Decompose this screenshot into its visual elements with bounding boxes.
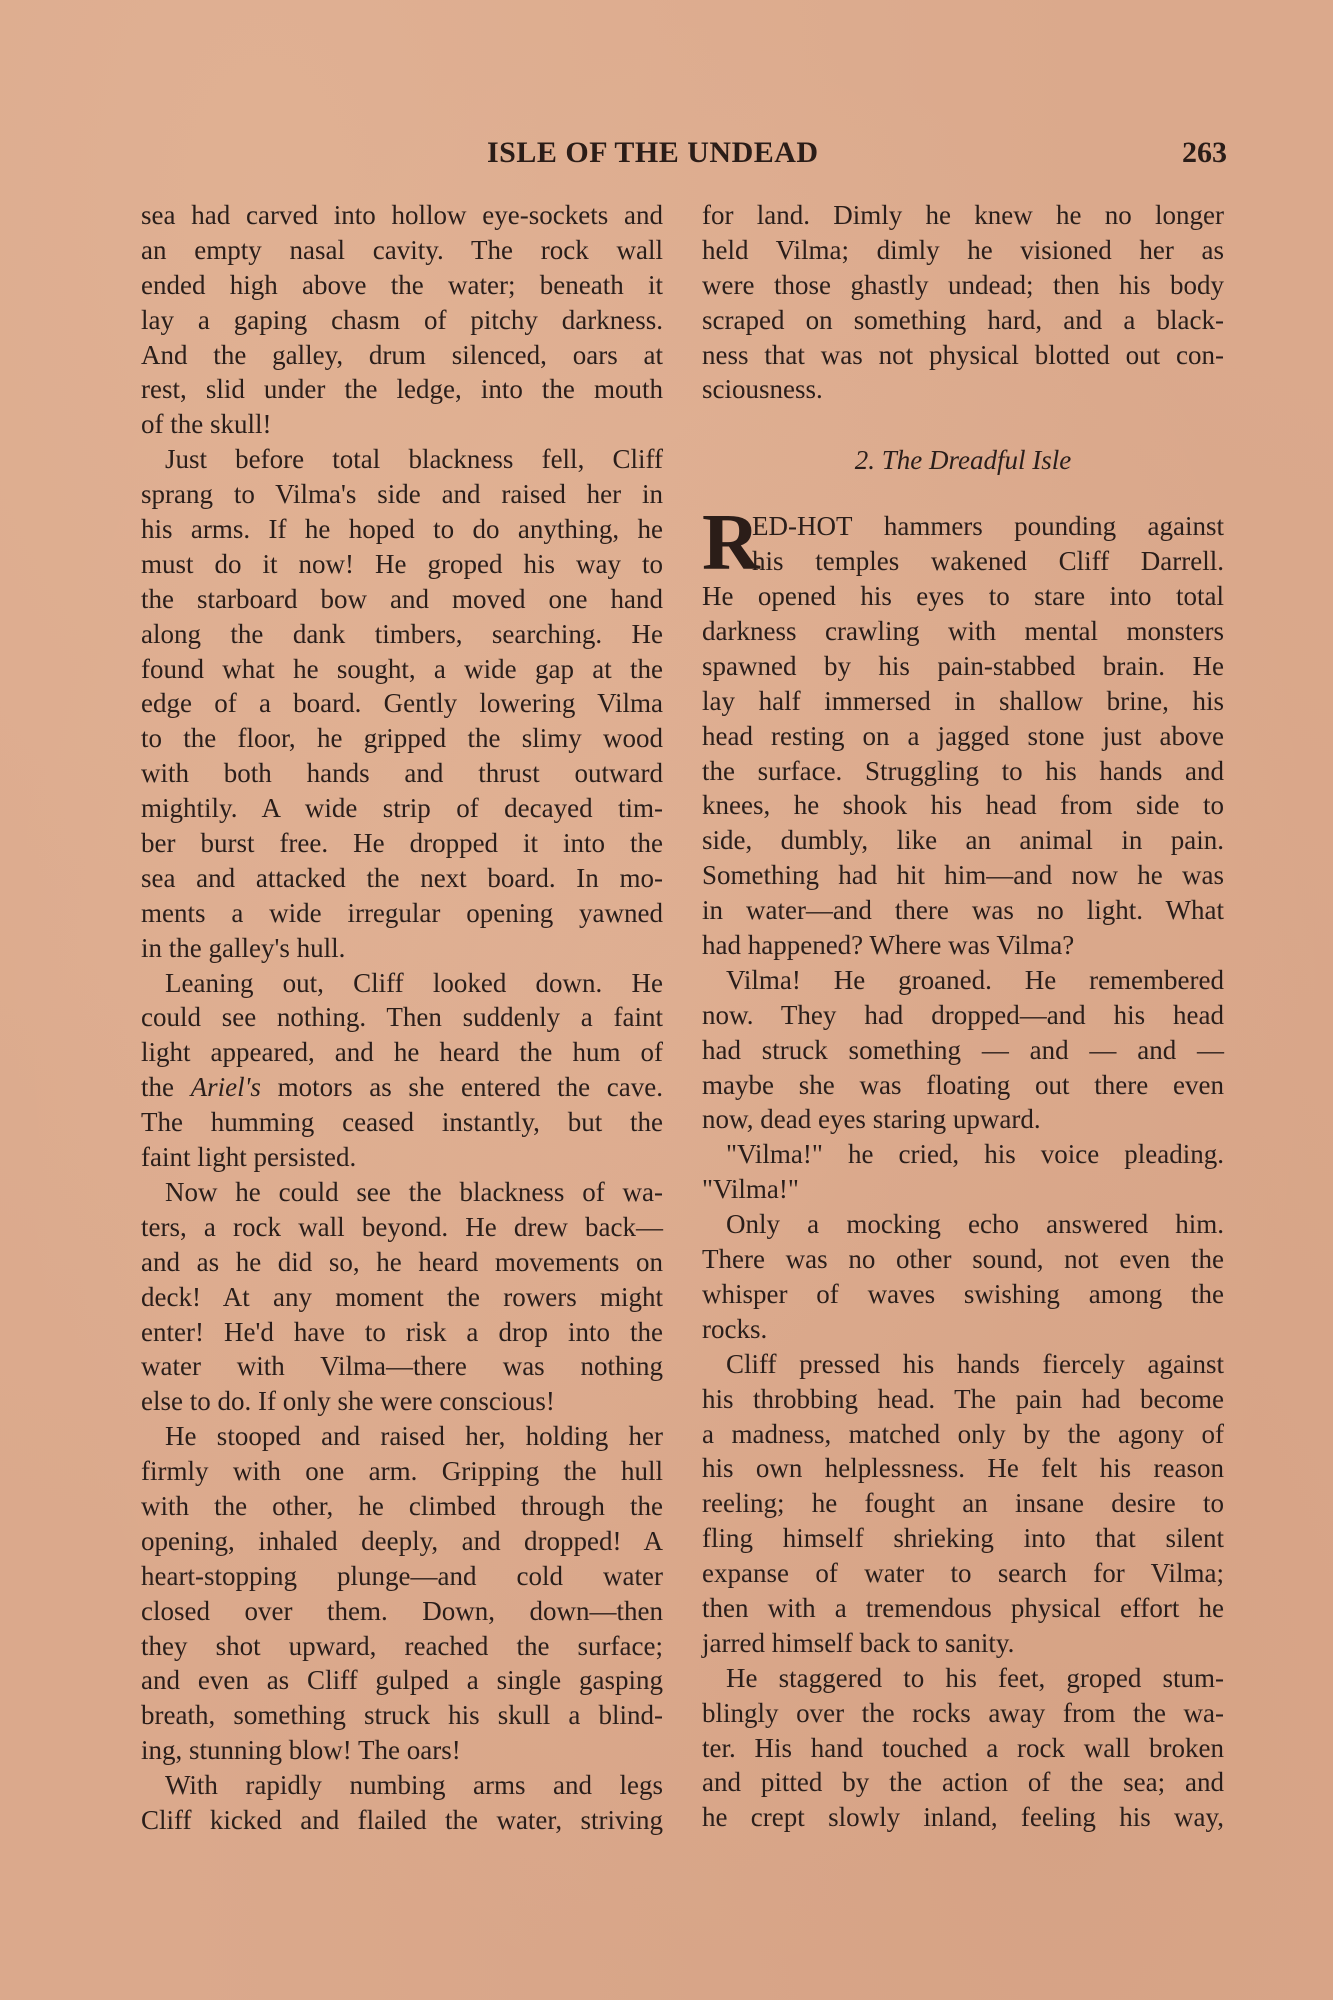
paragraph-start-line: He staggered to his feet, groped stum- — [702, 1661, 1224, 1696]
text-line: his own helplessness. He felt his reason — [702, 1451, 1224, 1486]
paragraph-start-line: Leaning out, Cliff looked down. He — [141, 966, 663, 1001]
text-line: knees, he shook his head from side to — [702, 788, 1224, 823]
text-line: the starboard bow and moved one hand — [141, 582, 663, 617]
text-line: faint light persisted. — [141, 1140, 663, 1175]
text-line: darkness crawling with mental monsters — [702, 614, 1224, 649]
running-head: ISLE OF THE UNDEAD 263 — [487, 136, 1227, 176]
text-line: and even as Cliff gulped a single gaspin… — [141, 1663, 663, 1698]
text-line: spawned by his pain-stabbed brain. He — [702, 649, 1224, 684]
text-line: must do it now! He groped his way to — [141, 547, 663, 582]
text-line: ter. His hand touched a rock wall broken — [702, 1731, 1224, 1766]
text-line-ariel: the Ariel's motors as she entered the ca… — [141, 1070, 663, 1105]
text-line: now, dead eyes staring upward. — [702, 1102, 1224, 1137]
text-line: now. They had dropped—and his head — [702, 998, 1224, 1033]
text-line: sea and attacked the next board. In mo- — [141, 861, 663, 896]
text-line: water with Vilma—there was nothing — [141, 1349, 663, 1384]
text-line: held Vilma; dimly he visioned her as — [702, 233, 1224, 268]
text-line: were those ghastly undead; then his body — [702, 268, 1224, 303]
text-line: of the skull! — [141, 407, 663, 442]
text-line: closed over them. Down, down—then — [141, 1594, 663, 1629]
paragraph-start-line: Vilma! He groaned. He remembered — [702, 963, 1224, 998]
text-line: a madness, matched only by the agony of — [702, 1417, 1224, 1452]
text-line: sprang to Vilma's side and raised her in — [141, 477, 663, 512]
text-line: in the galley's hull. — [141, 931, 663, 966]
text-line: heart-stopping plunge—and cold water — [141, 1559, 663, 1594]
text-line: he crept slowly inland, feeling his way, — [702, 1800, 1224, 1835]
paragraph-start-line: With rapidly numbing arms and legs — [141, 1768, 663, 1803]
paragraph-start-line: Now he could see the blackness of wa- — [141, 1175, 663, 1210]
text-line: and pitted by the action of the sea; and — [702, 1765, 1224, 1800]
text-line: And the galley, drum silenced, oars at — [141, 338, 663, 373]
text-line: enter! He'd have to risk a drop into the — [141, 1315, 663, 1350]
paragraph-start-line: "Vilma!" he cried, his voice pleading. — [702, 1137, 1224, 1172]
text-line: He opened his eyes to stare into total — [702, 579, 1224, 614]
text-line: ber burst free. He dropped it into the — [141, 826, 663, 861]
text-line: ters, a rock wall beyond. He drew back— — [141, 1210, 663, 1245]
text-line: the surface. Struggling to his hands and — [702, 754, 1224, 789]
text-line: expanse of water to search for Vilma; — [702, 1556, 1224, 1591]
text-line: opening, inhaled deeply, and dropped! A — [141, 1524, 663, 1559]
paragraph-start-line: Only a mocking echo answered him. — [702, 1207, 1224, 1242]
text-line: scraped on something hard, and a black- — [702, 303, 1224, 338]
text-line: lay a gaping chasm of pitchy darkness. — [141, 303, 663, 338]
text-line: sea had carved into hollow eye-sockets a… — [141, 198, 663, 233]
text-line: ended high above the water; beneath it — [141, 268, 663, 303]
text-line: firmly with one arm. Gripping the hull — [141, 1454, 663, 1489]
text-line: mightily. A wide strip of decayed tim- — [141, 791, 663, 826]
text-line: sciousness. — [702, 372, 1224, 407]
text-line: had happened? Where was Vilma? — [702, 928, 1224, 963]
text-line: breath, something struck his skull a bli… — [141, 1698, 663, 1733]
text-line: an empty nasal cavity. The rock wall — [141, 233, 663, 268]
text-line: fling himself shrieking into that silent — [702, 1521, 1224, 1556]
text-fragment: hammers pounding against — [852, 511, 1224, 541]
text-line: could see nothing. Then suddenly a faint — [141, 1000, 663, 1035]
text-line: There was no other sound, not even the — [702, 1242, 1224, 1277]
text-line: along the dank timbers, searching. He — [141, 617, 663, 652]
text-line: ing, stunning blow! The oars! — [141, 1733, 663, 1768]
text-line: they shot upward, reached the surface; — [141, 1629, 663, 1664]
smallcaps-lead: ED-HOT — [752, 511, 852, 541]
text-line: whisper of waves swishing among the — [702, 1277, 1224, 1312]
text-line: with both hands and thrust outward — [141, 756, 663, 791]
text-line: side, dumbly, like an animal in pain. — [702, 823, 1224, 858]
chapter-opening: R ED-HOT hammers pounding against his te… — [702, 495, 1224, 579]
ship-name-italic: Ariel's — [191, 1072, 261, 1102]
text-line: with the other, he climbed through the — [141, 1489, 663, 1524]
text-line: to the floor, he gripped the slimy wood — [141, 721, 663, 756]
text-line: and as he did so, he heard movements on — [141, 1245, 663, 1280]
text-line: head resting on a jagged stone just abov… — [702, 719, 1224, 754]
text-line: maybe she was floating out there even — [702, 1068, 1224, 1103]
text-line: rocks. — [702, 1312, 1224, 1347]
text-line: had struck something — and — and — — [702, 1033, 1224, 1068]
drop-cap-letter: R — [702, 505, 760, 581]
page-number: 263 — [1182, 136, 1227, 170]
text-line: his arms. If he hoped to do anything, he — [141, 512, 663, 547]
paragraph-start-line: Cliff pressed his hands fiercely against — [702, 1347, 1224, 1382]
text-line: reeling; he fought an insane desire to — [702, 1486, 1224, 1521]
chapter-heading: 2. The Dreadful Isle — [702, 407, 1224, 495]
dropcap-first-line: ED-HOT hammers pounding against — [702, 509, 1224, 544]
text-line: Something had hit him—and now he was — [702, 858, 1224, 893]
text-line: rest, slid under the ledge, into the mou… — [141, 372, 663, 407]
text-line: Cliff kicked and flailed the water, stri… — [141, 1803, 663, 1838]
text-line: deck! At any moment the rowers might — [141, 1280, 663, 1315]
text-line: else to do. If only she were conscious! — [141, 1384, 663, 1419]
dropcap-second-line: his temples wakened Cliff Darrell. — [702, 544, 1224, 579]
text-line: ness that was not physical blotted out c… — [702, 338, 1224, 373]
text-line: light appeared, and he heard the hum of — [141, 1035, 663, 1070]
text-line: then with a tremendous physical effort h… — [702, 1591, 1224, 1626]
text-line: The humming ceased instantly, but the — [141, 1105, 663, 1140]
paragraph-start-line: He stooped and raised her, holding her — [141, 1419, 663, 1454]
right-column: for land. Dimly he knew he no longer hel… — [702, 198, 1224, 1835]
text-fragment: the — [141, 1072, 191, 1102]
left-column: sea had carved into hollow eye-sockets a… — [141, 198, 663, 1838]
text-line: for land. Dimly he knew he no longer — [702, 198, 1224, 233]
text-line: blingly over the rocks away from the wa- — [702, 1696, 1224, 1731]
paragraph-start-line: Just before total blackness fell, Cliff — [141, 442, 663, 477]
text-fragment: motors as she entered the cave. — [261, 1072, 663, 1102]
text-line: "Vilma!" — [702, 1172, 1224, 1207]
text-line: his throbbing head. The pain had become — [702, 1382, 1224, 1417]
text-line: edge of a board. Gently lowering Vilma — [141, 686, 663, 721]
text-line: in water—and there was no light. What — [702, 893, 1224, 928]
text-line: jarred himself back to sanity. — [702, 1626, 1224, 1661]
text-line: lay half immersed in shallow brine, his — [702, 684, 1224, 719]
text-line: found what he sought, a wide gap at the — [141, 652, 663, 687]
text-line: ments a wide irregular opening yawned — [141, 896, 663, 931]
running-title: ISLE OF THE UNDEAD — [487, 136, 819, 170]
book-page: ISLE OF THE UNDEAD 263 sea had carved in… — [0, 0, 1333, 2000]
